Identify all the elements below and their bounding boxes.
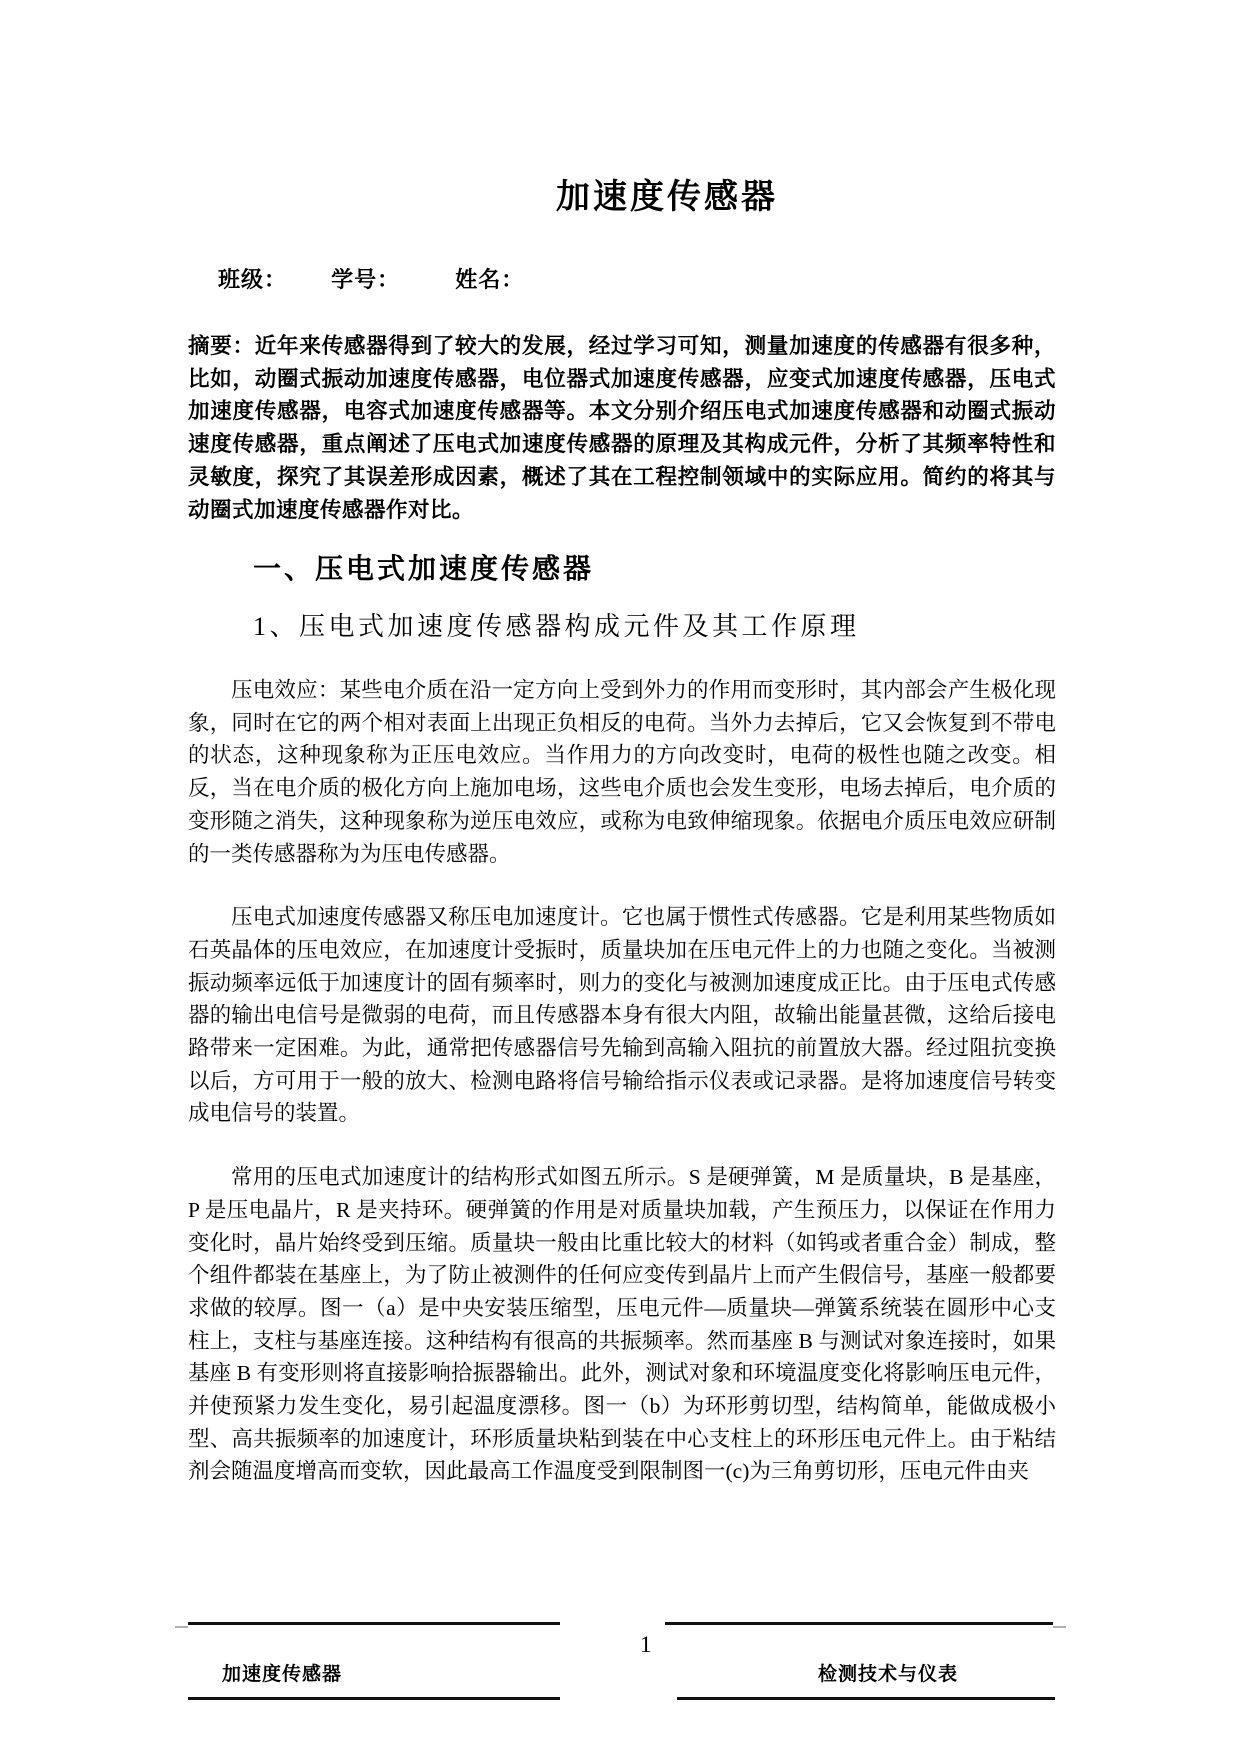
section-heading: 一、压电式加速度传感器 [253, 552, 594, 586]
page-number: 1 [640, 1632, 652, 1658]
title-row: 加速度传感器 [0, 176, 1240, 225]
class-label: 班级： [218, 267, 287, 292]
document-page: 加速度传感器 班级： 学号： 姓名： 摘要：近年来传感器得到了较大的发展，经过学… [0, 0, 1240, 1754]
footer-left-bottom-rule [188, 1697, 560, 1700]
abstract-paragraph: 摘要：近年来传感器得到了较大的发展，经过学习可知，测量加速度的传感器有很多种，比… [188, 330, 1056, 526]
subsection-heading: 1、压电式加速度传感器构成元件及其工作原理 [253, 610, 860, 644]
student-id-label: 学号： [331, 267, 400, 292]
footer-left-top-rule [188, 1622, 560, 1625]
name-label: 姓名： [455, 267, 524, 292]
footer-right-label: 检测技术与仪表 [818, 1663, 958, 1687]
footer-right-top-rule [665, 1622, 1053, 1625]
student-info-line: 班级： 学号： 姓名： [218, 266, 524, 294]
body-paragraph: 压电效应：某些电介质在沿一定方向上受到外力的作用而变形时，其内部会产生极化现象，… [188, 674, 1056, 870]
document-title: 加速度传感器 [556, 178, 778, 216]
footer-right-bottom-rule [677, 1697, 1055, 1700]
footer-left-label: 加速度传感器 [222, 1663, 342, 1687]
footer-left-rule-shadow [175, 1626, 188, 1628]
body-paragraph: 压电式加速度传感器又称压电加速度计。它也属于惯性式传感器。它是利用某些物质如石英… [188, 901, 1056, 1130]
footer-right-rule-shadow [1053, 1626, 1066, 1628]
body-paragraph: 常用的压电式加速度计的结构形式如图五所示。S 是硬弹簧，M 是质量块，B 是基座… [188, 1161, 1056, 1488]
body-text: 压电效应：某些电介质在沿一定方向上受到外力的作用而变形时，其内部会产生极化现象，… [188, 674, 1056, 1519]
